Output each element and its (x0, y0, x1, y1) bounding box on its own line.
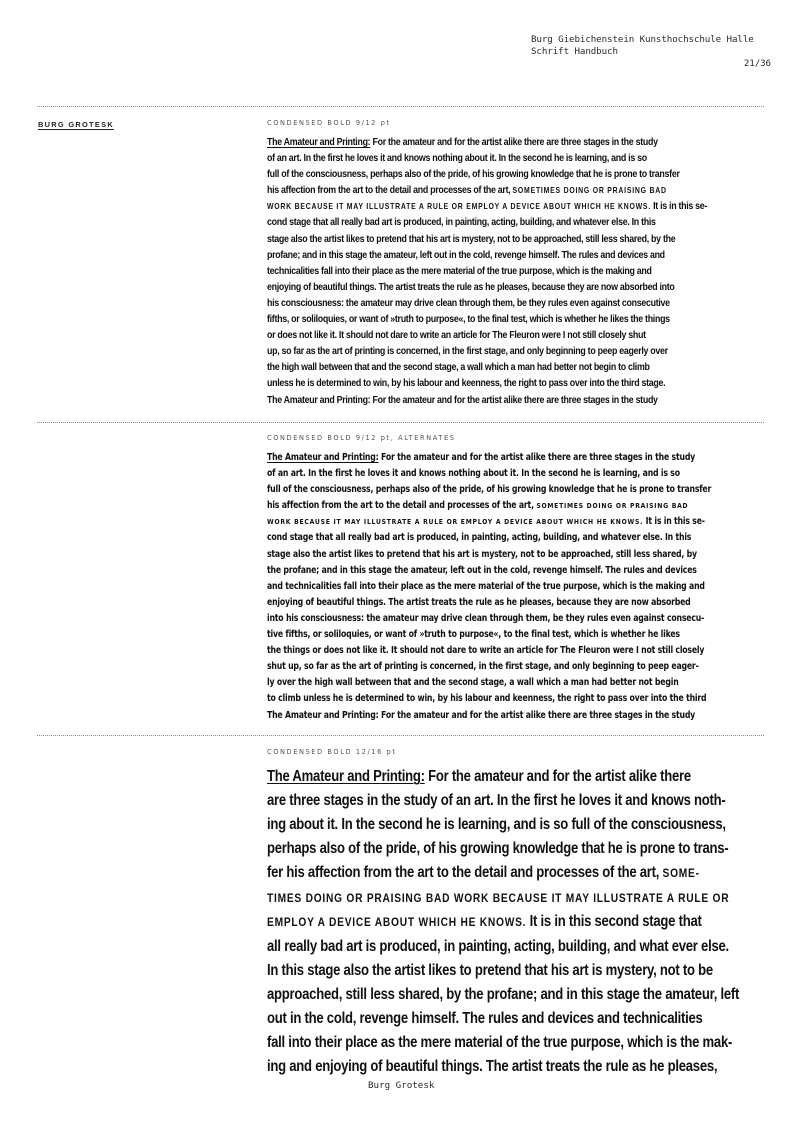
type-spec-label: CONDENSED BOLD 9/12 pt (267, 119, 391, 127)
dotted-divider (37, 735, 764, 736)
page-number: 21/36 (531, 58, 771, 70)
dotted-divider (37, 422, 764, 423)
type-spec-label: CONDENSED BOLD 12/16 pt (267, 748, 397, 756)
type-spec-label: CONDENSED BOLD 9/12 pt, ALTERNATES (267, 434, 456, 442)
sample-lead: The Amateur and Printing: (267, 768, 425, 785)
publication-title: Schrift Handbuch (531, 46, 771, 58)
text-sample-9-12-alternates: The Amateur and Printing: For the amateu… (267, 450, 782, 724)
text-sample-9-12: The Amateur and Printing: For the amateu… (267, 135, 783, 409)
text-sample-12-16: The Amateur and Printing: For the amateu… (267, 765, 788, 1079)
running-header: Burg Giebichenstein Kunsthochschule Hall… (531, 34, 771, 70)
dotted-divider (37, 106, 764, 107)
institution-name: Burg Giebichenstein Kunsthochschule Hall… (531, 34, 771, 46)
running-footer: Burg Grotesk (368, 1080, 434, 1091)
sample-lead: The Amateur and Printing: (267, 137, 370, 148)
sample-lead: The Amateur and Printing: (267, 452, 379, 463)
section-label: BURG GROTESK (38, 120, 114, 129)
